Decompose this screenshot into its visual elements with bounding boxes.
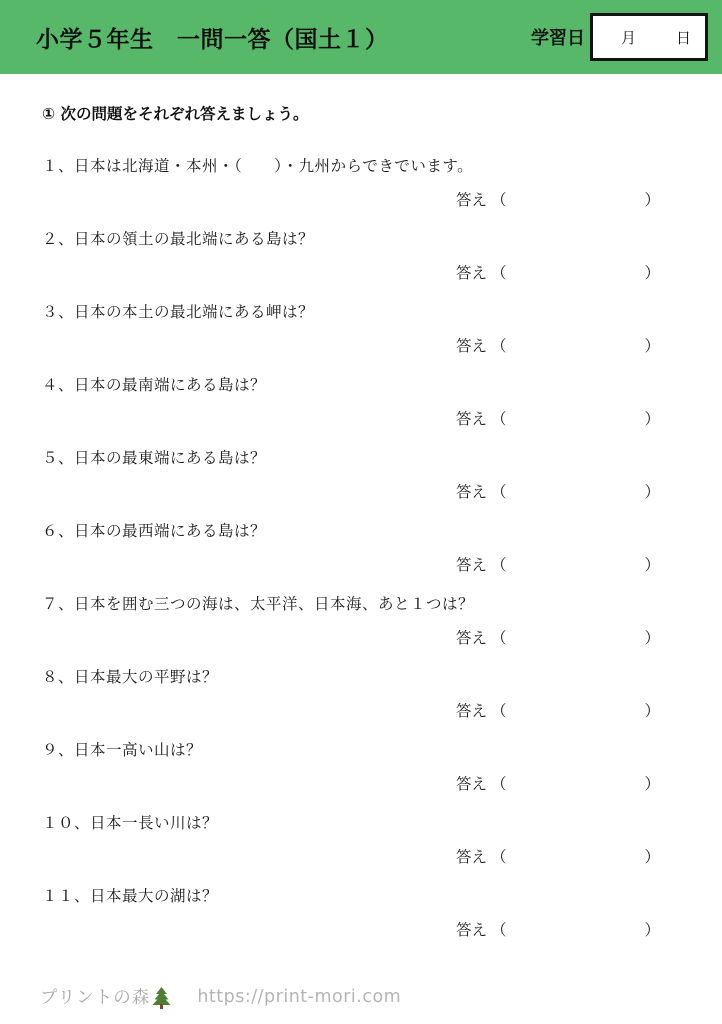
answer-open-paren: （ <box>491 775 507 793</box>
answer-row: 答え（） <box>42 773 722 795</box>
question-answer-block: １、日本は北海道・本州・（ ）・九州からできでいます。 答え（） <box>42 155 722 211</box>
answer-blank-field <box>506 565 644 566</box>
answer-open-paren: （ <box>491 556 507 574</box>
answer-blank-field <box>506 857 644 858</box>
answer-close-paren: ） <box>644 629 660 647</box>
answer-blank-field <box>506 200 644 201</box>
answer-blank-field <box>506 419 644 420</box>
answer-row: 答え（） <box>42 481 722 503</box>
answer-blank-field <box>506 784 644 785</box>
answer-open-paren: （ <box>491 702 507 720</box>
question-text: １１、日本最大の湖は？ <box>42 885 722 907</box>
answer-label: 答え <box>456 191 487 209</box>
date-entry-box: 月 日 <box>590 13 708 61</box>
answer-close-paren: ） <box>644 848 660 866</box>
question-answer-block: １０、日本一長い川は？ 答え（） <box>42 812 722 868</box>
question-text: １、日本は北海道・本州・（ ）・九州からできでいます。 <box>42 155 722 177</box>
question-answer-block: ５、日本の最東端にある島は？ 答え（） <box>42 447 722 503</box>
question-answer-block: ７、日本を囲む三つの海は、太平洋、日本海、あと１つは？ 答え（） <box>42 593 722 649</box>
day-label: 日 <box>676 27 691 48</box>
question-text: ９、日本一高い山は？ <box>42 739 722 761</box>
evergreen-tree-icon <box>152 987 171 1009</box>
question-list: １、日本は北海道・本州・（ ）・九州からできでいます。 答え（） ２、日本の領土… <box>42 155 722 941</box>
answer-row: 答え（） <box>42 554 722 576</box>
question-answer-block: ２、日本の領土の最北端にある島は？ 答え（） <box>42 228 722 284</box>
answer-close-paren: ） <box>644 264 660 282</box>
answer-label: 答え <box>456 702 487 720</box>
answer-row: 答え（） <box>42 627 722 649</box>
answer-close-paren: ） <box>644 702 660 720</box>
answer-open-paren: （ <box>491 410 507 428</box>
answer-blank-field <box>506 346 644 347</box>
answer-row: 答え（） <box>42 335 722 357</box>
answer-row: 答え（） <box>42 700 722 722</box>
answer-close-paren: ） <box>644 483 660 501</box>
answer-open-paren: （ <box>491 191 507 209</box>
question-text: １０、日本一長い川は？ <box>42 812 722 834</box>
instruction-text: ① 次の問題をそれぞれ答えましょう。 <box>42 103 722 125</box>
answer-label: 答え <box>456 775 487 793</box>
answer-close-paren: ） <box>644 410 660 428</box>
answer-blank-field <box>506 492 644 493</box>
question-text: ６、日本の最西端にある島は？ <box>42 520 722 542</box>
answer-label: 答え <box>456 848 487 866</box>
page-title: 小学５年生 一問一答（国土１） <box>36 21 389 54</box>
answer-blank-field <box>506 273 644 274</box>
answer-open-paren: （ <box>491 264 507 282</box>
month-label: 月 <box>621 27 636 48</box>
question-answer-block: ４、日本の最南端にある島は？ 答え（） <box>42 374 722 430</box>
question-answer-block: ３、日本の本土の最北端にある岬は？ 答え（） <box>42 301 722 357</box>
answer-row: 答え（） <box>42 189 722 211</box>
answer-close-paren: ） <box>644 556 660 574</box>
answer-blank-field <box>506 711 644 712</box>
question-answer-block: ６、日本の最西端にある島は？ 答え（） <box>42 520 722 576</box>
question-text: ８、日本最大の平野は？ <box>42 666 722 688</box>
answer-open-paren: （ <box>491 629 507 647</box>
answer-open-paren: （ <box>491 483 507 501</box>
answer-label: 答え <box>456 264 487 282</box>
answer-label: 答え <box>456 921 487 939</box>
answer-open-paren: （ <box>491 337 507 355</box>
answer-close-paren: ） <box>644 191 660 209</box>
worksheet-body: ① 次の問題をそれぞれ答えましょう。 １、日本は北海道・本州・（ ）・九州からで… <box>0 74 722 941</box>
question-text: ２、日本の領土の最北端にある島は？ <box>42 228 722 250</box>
answer-label: 答え <box>456 556 487 574</box>
answer-row: 答え（） <box>42 919 722 941</box>
answer-row: 答え（） <box>42 846 722 868</box>
answer-close-paren: ） <box>644 921 660 939</box>
answer-open-paren: （ <box>491 921 507 939</box>
answer-label: 答え <box>456 410 487 428</box>
answer-blank-field <box>506 638 644 639</box>
footer: プリントの森 https://print-mori.com <box>40 984 401 1009</box>
answer-label: 答え <box>456 337 487 355</box>
answer-open-paren: （ <box>491 848 507 866</box>
question-text: ３、日本の本土の最北端にある岬は？ <box>42 301 722 323</box>
answer-label: 答え <box>456 483 487 501</box>
answer-blank-field <box>506 930 644 931</box>
site-name: プリントの森 <box>40 984 150 1009</box>
question-answer-block: ８、日本最大の平野は？ 答え（） <box>42 666 722 722</box>
answer-close-paren: ） <box>644 337 660 355</box>
answer-row: 答え（） <box>42 262 722 284</box>
study-date-label: 学習日 <box>531 24 585 50</box>
question-answer-block: ９、日本一高い山は？ 答え（） <box>42 739 722 795</box>
question-text: ５、日本の最東端にある島は？ <box>42 447 722 469</box>
study-date-group: 学習日 月 日 <box>531 13 708 61</box>
worksheet-page: 小学５年生 一問一答（国土１） 学習日 月 日 ① 次の問題をそれぞれ答えましょ… <box>0 0 722 1024</box>
question-text: ４、日本の最南端にある島は？ <box>42 374 722 396</box>
answer-label: 答え <box>456 629 487 647</box>
site-url[interactable]: https://print-mori.com <box>197 987 401 1007</box>
answer-close-paren: ） <box>644 775 660 793</box>
question-text: ７、日本を囲む三つの海は、太平洋、日本海、あと１つは？ <box>42 593 722 615</box>
header-bar: 小学５年生 一問一答（国土１） 学習日 月 日 <box>0 0 722 74</box>
answer-row: 答え（） <box>42 408 722 430</box>
question-answer-block: １１、日本最大の湖は？ 答え（） <box>42 885 722 941</box>
